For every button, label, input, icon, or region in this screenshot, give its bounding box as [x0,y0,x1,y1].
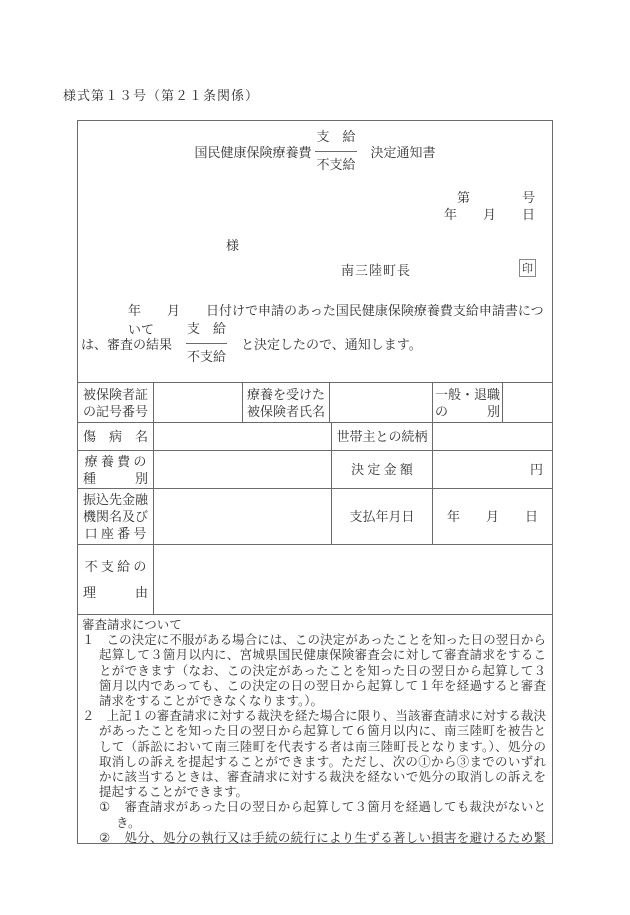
body-decision-prefix: は、審査の結果 [81,334,172,353]
appeal-notice-item-1: １この決定に不服がある場合には、この決定があったことを知った日の翌日から起算して… [82,633,546,709]
disease-name-value [154,423,332,450]
title-option-pay: 支 給 [315,129,356,152]
relation-value [433,423,552,450]
table-row-denial-reason: 不 支 給 の 理 由 [78,545,552,615]
page: 様式第１３号（第２１条関係） 国民健康保険療養費 支 給 不支給 決定通知書 第… [0,0,630,915]
decided-amount-unit: 円 [433,451,552,488]
insured-card-number-value [154,383,243,422]
appeal-notice-subitem-2: ②処分、処分の執行又は手続の続行により生ずる著しい損害を避けるため緊急の必要があ… [99,831,546,843]
treated-person-label: 療養を受けた 被保険者氏名 [243,383,330,422]
subitem-2-text: 処分、処分の執行又は手続の続行により生ずる著しい損害を避けるため緊急の必要がある… [116,831,546,843]
table-row-insured: 被保険者証 の記号番号 療養を受けた 被保険者氏名 一般・退職 の 別 [78,383,552,423]
table-row-bank: 振込先金融 機関名及び 口 座 番 号 支払年月日 年 月 日 [78,489,552,545]
bank-account-label: 振込先金融 機関名及び 口 座 番 号 [78,489,154,544]
appeal-notice-subitem-1: ①審査請求があった日の翌日から起算して３箇月を経過しても裁決がないとき。 [99,800,546,830]
table-row-disease: 傷 病 名 世帯主との続柄 [78,423,552,451]
issuer-mayor: 南三陸町長 [341,260,411,279]
doc-number-line: 第 号 [457,190,535,206]
appeal-notice: 審査請求について １この決定に不服がある場合には、この決定があったことを知った日… [78,614,552,843]
expense-type-value [154,451,332,488]
body-option-pay: 支 給 [186,321,227,344]
subitem-2-number: ② [99,831,111,843]
appeal-notice-heading: 審査請求について [82,618,546,633]
table-row-expense: 療 養 費 の 種 別 決 定 金 額 円 [78,451,552,489]
expense-type-label: 療 養 費 の 種 別 [78,451,154,488]
treated-person-value [330,383,433,422]
body-decision-line: は、審査の結果 支 給 不支給 と決定したので、通知します。 [81,321,422,365]
disease-name-label: 傷 病 名 [78,423,154,450]
title-prefix: 国民健康保険療養費 [194,142,311,161]
addressee-sama: 様 [226,235,239,254]
payment-date-label: 支払年月日 [332,489,433,544]
seal-character: 印 [522,260,533,276]
body-option-nopay: 不支給 [187,344,226,365]
item-2-number: ２ [82,709,95,723]
appeal-notice-item-2: ２上記１の審査請求に対する裁決を経た場合に限り、当該審査請求に対する裁決があった… [82,709,546,800]
subitem-1-number: ① [99,800,111,814]
title-payment-options: 支 給 不支給 [315,129,356,173]
relation-label: 世帯主との続柄 [332,423,433,450]
doc-date-line: 年 月 日 [444,207,535,223]
title-suffix: 決定通知書 [371,142,436,161]
insured-card-number-label: 被保険者証 の記号番号 [78,383,154,422]
details-table: 被保険者証 の記号番号 療養を受けた 被保険者氏名 一般・退職 の 別 傷 病 … [78,382,552,615]
item-1-text: この決定に不服がある場合には、この決定があったことを知った日の翌日から起算して３… [99,633,546,708]
body-decision-suffix: と決定したので、通知します。 [241,334,422,353]
bank-account-value [154,489,332,544]
title-option-nopay: 不支給 [316,152,355,173]
item-1-number: １ [82,633,95,647]
form-style-label: 様式第１３号（第２１条関係） [63,85,259,104]
general-retired-value [503,383,552,422]
body-payment-options: 支 給 不支給 [186,321,227,365]
subitem-1-text: 審査請求があった日の翌日から起算して３箇月を経過しても裁決がないとき。 [116,800,546,829]
document-title: 国民健康保険療養費 支 給 不支給 決定通知書 [78,129,552,173]
denial-reason-value [154,545,552,614]
seal-box: 印 [519,259,536,277]
document-box: 国民健康保険療養費 支 給 不支給 決定通知書 第 号 年 月 日 様 南三陸町… [77,120,553,844]
decided-amount-label: 決 定 金 額 [332,451,433,488]
item-2-text: 上記１の審査請求に対する裁決を経た場合に限り、当該審査請求に対する裁決があったこ… [99,709,546,799]
denial-reason-label: 不 支 給 の 理 由 [78,545,154,614]
payment-date-value: 年 月 日 [433,489,552,544]
general-retired-label: 一般・退職 の 別 [433,383,503,422]
